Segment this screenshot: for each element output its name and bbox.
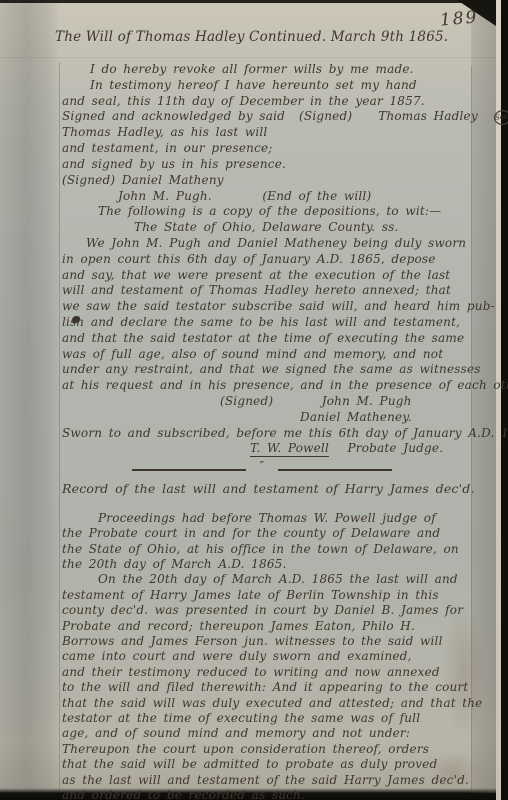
manuscript-line: that the said will be admitted to probat… bbox=[62, 757, 474, 772]
page-number: 189 bbox=[439, 7, 479, 30]
page-heading: The Will of Thomas Hadley Continued. Mar… bbox=[55, 29, 485, 45]
manuscript-line: the Probate court in and for the county … bbox=[62, 526, 474, 541]
attestation-left-text: Signed and acknowledged by said bbox=[62, 109, 285, 125]
manuscript-line: will and testament of Thomas Hadley here… bbox=[62, 283, 474, 299]
attestation-signature-line: Signed and acknowledged by said (Signed)… bbox=[62, 109, 474, 125]
manuscript-line: we saw the said testator subscribe said … bbox=[62, 299, 474, 315]
manuscript-line: On the 20th day of March A.D. 1865 the l… bbox=[62, 572, 474, 587]
manuscript-line: We John M. Pugh and Daniel Matheney bein… bbox=[62, 236, 474, 252]
left-crease-line bbox=[59, 62, 60, 790]
manuscript-line: that the said will was duly executed and… bbox=[62, 696, 474, 711]
top-crease-line bbox=[0, 57, 496, 58]
manuscript-line: and signed by us in his presence. bbox=[62, 157, 474, 173]
signed-label: (Signed) bbox=[220, 394, 273, 408]
deposition-venue: The State of Ohio, Delaware County. ss. bbox=[62, 220, 474, 236]
manuscript-line: Proceedings had before Thomas W. Powell … bbox=[62, 511, 474, 526]
manuscript-line: in open court this 6th day of January A.… bbox=[62, 252, 474, 268]
manuscript-line: lish and declare the same to be his last… bbox=[62, 315, 474, 331]
end-of-will-note: (End of the will) bbox=[262, 189, 371, 203]
manuscript-line: testament of Harry James late of Berlin … bbox=[62, 588, 474, 603]
manuscript-line: age, and of sound mind and memory and no… bbox=[62, 726, 474, 741]
manuscript-line: Thereupon the court upon consideration t… bbox=[62, 742, 474, 757]
manuscript-line: under any restraint, and that we signed … bbox=[62, 362, 474, 378]
manuscript-line: the State of Ohio, at his office in the … bbox=[62, 542, 474, 557]
witness-signature: John M. Pugh bbox=[322, 394, 412, 408]
witness-signature: Daniel Matheney. bbox=[300, 410, 412, 424]
manuscript-line: as the last will and testament of the sa… bbox=[62, 773, 474, 788]
manuscript-line: county dec'd. was presented in court by … bbox=[62, 603, 474, 618]
deposition-signature-line: (Signed) John M. Pugh bbox=[62, 394, 474, 410]
judge-signature: T. W. Powell bbox=[250, 441, 329, 457]
judge-title: Probate Judge. bbox=[348, 441, 444, 455]
binding-gutter-shadow bbox=[0, 3, 60, 792]
section-divider: ″ bbox=[132, 462, 392, 478]
divider-rule bbox=[132, 469, 246, 471]
ditto-mark: ″ bbox=[260, 459, 265, 475]
witness-signature-line: John M. Pugh. (End of the will) bbox=[62, 189, 474, 205]
manuscript-line: came into court and were duly sworn and … bbox=[62, 649, 474, 664]
manuscript-line: In testimony hereof I have hereunto set … bbox=[62, 78, 474, 94]
record-paragraph: On the 20th day of March A.D. 1865 the l… bbox=[62, 572, 474, 800]
manuscript-line: the 20th day of March A.D. 1865. bbox=[62, 557, 474, 572]
scanned-will-record-page: 189 The Will of Thomas Hadley Continued.… bbox=[0, 0, 508, 800]
manuscript-line: testator at the time of executing the sa… bbox=[62, 711, 474, 726]
manuscript-line: and testament, in our presence; bbox=[62, 141, 474, 157]
manuscript-line: I do hereby revoke all former wills by m… bbox=[62, 62, 474, 78]
record-paragraph: Proceedings had before Thomas W. Powell … bbox=[62, 511, 474, 573]
deposition-signature-line: Daniel Matheney. bbox=[62, 410, 474, 426]
manuscript-line: to the will and filed therewith: And it … bbox=[62, 680, 474, 695]
manuscript-line: Borrows and James Ferson jun. witnesses … bbox=[62, 634, 474, 649]
manuscript-line: and their testimony reduced to writing a… bbox=[62, 665, 474, 680]
manuscript-line: and seal, this 11th day of December in t… bbox=[62, 94, 474, 110]
record-title: Record of the last will and testament of… bbox=[62, 481, 474, 497]
manuscript-line: Probate and record; thereupon James Eato… bbox=[62, 619, 474, 634]
judge-signature-line: T. W. Powell Probate Judge. bbox=[62, 441, 474, 457]
manuscript-line: and say, that we were present at the exe… bbox=[62, 268, 474, 284]
manuscript-body: I do hereby revoke all former wills by m… bbox=[62, 62, 474, 800]
witness-signature: John M. Pugh. bbox=[118, 189, 212, 203]
divider-rule bbox=[278, 469, 392, 471]
seal-label: Seal bbox=[494, 112, 508, 122]
deposition-intro: The following is a copy of the depositio… bbox=[62, 204, 474, 220]
signed-label: (Signed) bbox=[299, 109, 352, 125]
jurat-line: Sworn to and subscribed, before me this … bbox=[62, 426, 474, 442]
manuscript-line: and that the said testator at the time o… bbox=[62, 331, 474, 347]
witness-signature-line: (Signed) Daniel Matheny bbox=[62, 173, 474, 189]
testator-signature: Thomas Hadley bbox=[378, 109, 478, 125]
manuscript-line: at his request and in his presence, and … bbox=[62, 378, 474, 394]
manuscript-line: Thomas Hadley, as his last will bbox=[62, 125, 474, 141]
manuscript-line: was of full age, also of sound mind and … bbox=[62, 347, 474, 363]
manuscript-line: and ordered to be recorded as such. bbox=[62, 788, 474, 800]
